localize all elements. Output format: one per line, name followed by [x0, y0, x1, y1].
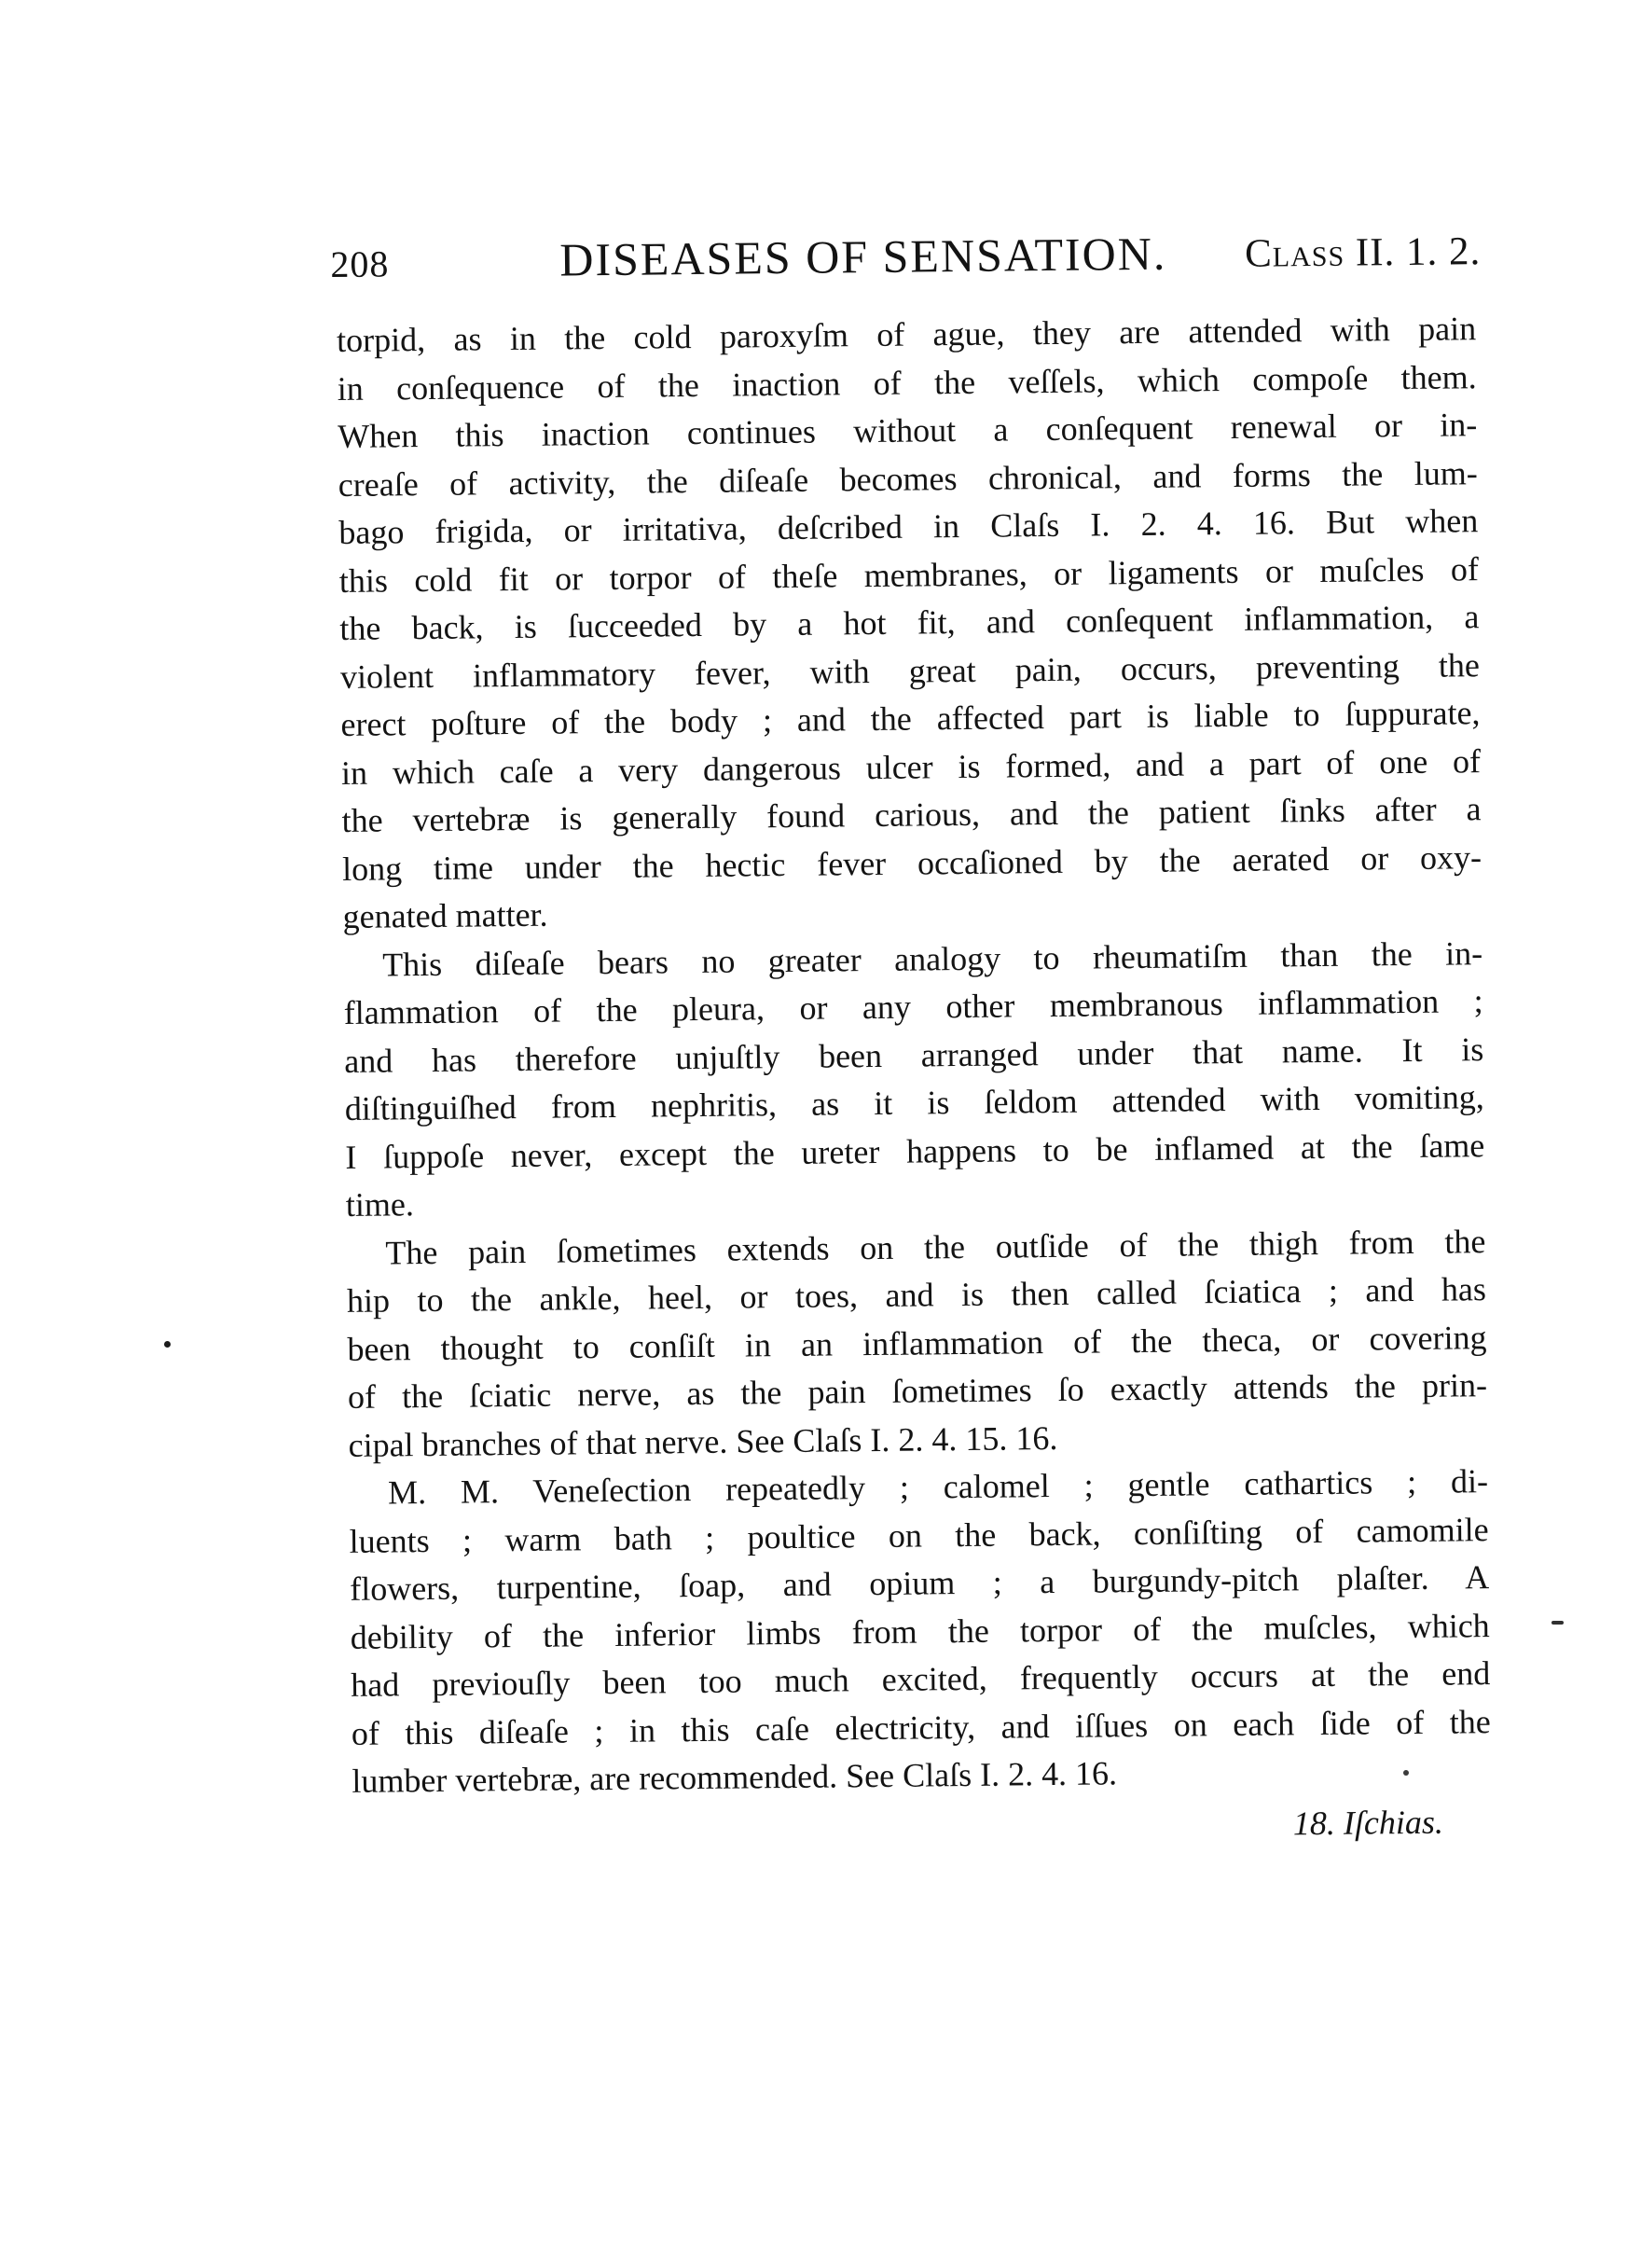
- text-column: 208 DISEASES OF SENSATION. Class II. 1. …: [336, 223, 1492, 1805]
- ink-speck: [1551, 1621, 1564, 1625]
- ink-speck: [1403, 1770, 1409, 1776]
- paragraph: This diſeaſe bears no greater analogy to…: [343, 930, 1485, 1230]
- paragraph: torpid, as in the cold paroxyſm of ague,…: [337, 305, 1482, 941]
- paragraph: The pain ſometimes extends on the outſid…: [346, 1218, 1488, 1470]
- ink-speck: [164, 1341, 171, 1348]
- body-text: torpid, as in the cold paroxyſm of ague,…: [337, 305, 1492, 1805]
- page-number: 208: [330, 242, 389, 286]
- scanned-book-page: 208 DISEASES OF SENSATION. Class II. 1. …: [0, 0, 1641, 2268]
- class-section-heading: Class II. 1. 2.: [1245, 228, 1482, 277]
- running-title: DISEASES OF SENSATION.: [559, 227, 1167, 287]
- page-header: 208 DISEASES OF SENSATION. Class II. 1. …: [336, 223, 1476, 291]
- paragraph: M. M. Veneſection repeatedly ; calomel ;…: [349, 1458, 1492, 1805]
- catchword: 18. Iſchias.: [1293, 1803, 1443, 1844]
